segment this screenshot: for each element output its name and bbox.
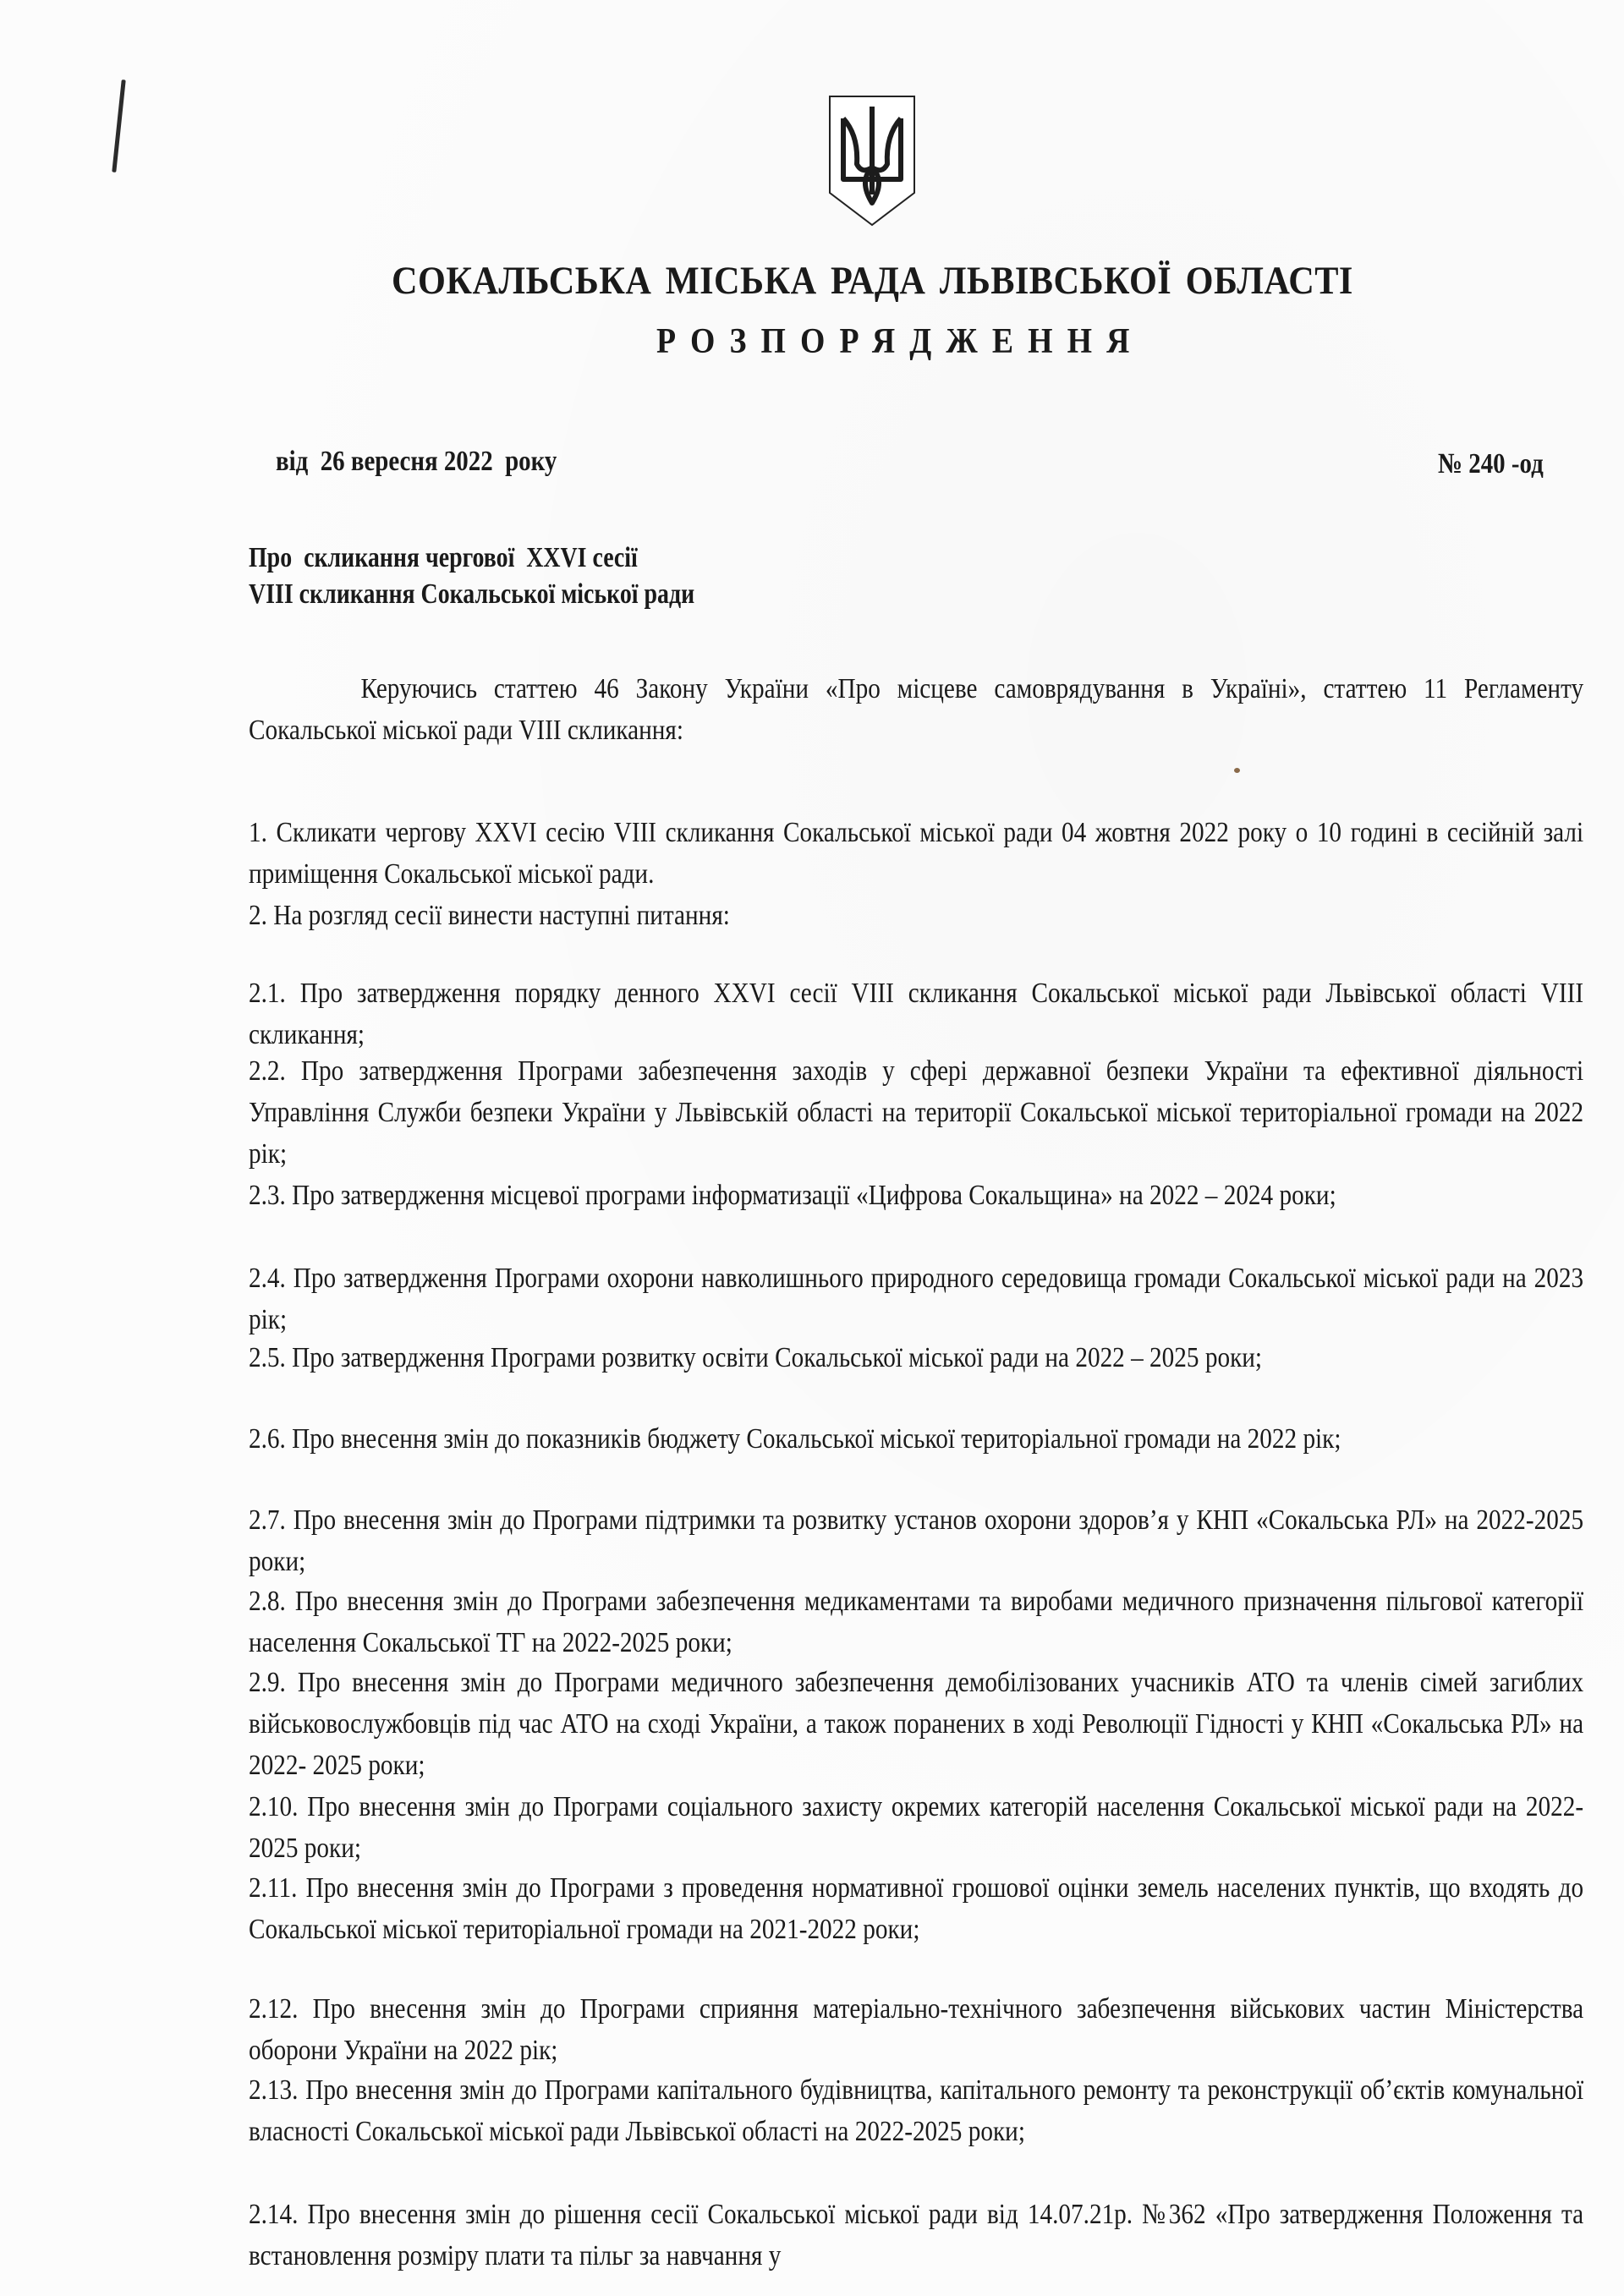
document-type-heading: РОЗПОРЯДЖЕННЯ [656,321,1144,362]
agenda-item: 2.3. Про затвердження місцевої програми … [249,1175,1583,1216]
agenda-item: 2.4. Про затвердження Програми охорони н… [249,1258,1583,1340]
agenda-item-number: 2.6. [249,1423,292,1455]
trident-coat-of-arms-icon [825,93,919,228]
agenda-item-text: Про затвердження порядку денного XXVI се… [249,978,1583,1050]
agenda-item: 2.6. Про внесення змін до показників бюд… [249,1418,1583,1460]
order-item-1: 1. Скликати чергову XXVI сесію VIII скли… [249,812,1583,895]
document-date: від 26 вересня 2022 року [276,446,557,478]
agenda-item-number: 2.11. [249,1872,306,1904]
agenda-item: 2.13. Про внесення змін до Програми капі… [249,2069,1583,2152]
agenda-item-text: Про внесення змін до Програми капітально… [249,2074,1583,2147]
document-number: № 240 -од [1438,448,1544,480]
agenda-item-number: 2.5. [249,1342,292,1373]
organization-title: СОКАЛЬСЬКА МІСЬКА РАДА ЛЬВІВСЬКОЇ ОБЛАСТ… [392,258,1153,304]
agenda-item-text: Про внесення змін до Програми медичного … [249,1667,1583,1781]
agenda-item-text: Про внесення змін до Програми сприяння м… [249,1993,1583,2066]
agenda-item: 2.10. Про внесення змін до Програми соці… [249,1786,1583,1869]
agenda-item: 2.7. Про внесення змін до Програми підтр… [249,1499,1583,1582]
handwritten-margin-mark [112,79,125,173]
agenda-item-text: Про внесення змін до Програми забезпечен… [249,1586,1583,1658]
agenda-item-number: 2.3. [249,1180,292,1211]
agenda-item-number: 2.2. [249,1055,301,1087]
agenda-item-text: Про внесення змін до показників бюджету … [292,1423,1341,1455]
agenda-item-number: 2.9. [249,1667,298,1698]
agenda-item-text: Про внесення змін до Програми соціальног… [249,1791,1583,1864]
agenda-item-number: 2.14. [249,2199,308,2230]
agenda-item-text: Про внесення змін до Програми підтримки … [249,1504,1583,1577]
agenda-item: 2.5. Про затвердження Програми розвитку … [249,1337,1583,1378]
agenda-item: 2.8. Про внесення змін до Програми забез… [249,1581,1583,1663]
agenda-item-text: Про внесення змін до рішення сесії Сокал… [249,2199,1583,2271]
agenda-item-text: Про внесення змін до Програми з проведен… [249,1872,1583,1945]
agenda-item: 2.9. Про внесення змін до Програми медич… [249,1662,1583,1786]
agenda-item-text: Про затвердження Програми забезпечення з… [249,1055,1583,1170]
document-page: СОКАЛЬСЬКА МІСЬКА РАДА ЛЬВІВСЬКОЇ ОБЛАСТ… [0,0,1624,2296]
agenda-item: 2.1. Про затвердження порядку денного XX… [249,973,1583,1055]
document-subject: Про скликання чергової XXVI сесії VIII с… [249,540,694,612]
agenda-item: 2.12. Про внесення змін до Програми спри… [249,1988,1583,2071]
subject-line-2: VIII скликання Сокальської міської ради [249,578,694,610]
order-item-2: 2. На розгляд сесії винести наступні пит… [249,895,1583,936]
preamble: Керуючись статтею 46 Закону України «Про… [249,668,1583,751]
agenda-item-number: 2.12. [249,1993,313,2025]
paper-speck [1234,768,1240,773]
agenda-item-number: 2.13. [249,2074,305,2106]
agenda-item-text: Про затвердження Програми охорони навкол… [249,1263,1583,1335]
agenda-item-number: 2.10. [249,1791,307,1822]
subject-line-1: Про скликання чергової XXVI сесії [249,542,638,573]
agenda-item: 2.2. Про затвердження Програми забезпече… [249,1050,1583,1175]
agenda-item-number: 2.4. [249,1263,294,1294]
agenda-item: 2.11. Про внесення змін до Програми з пр… [249,1867,1583,1950]
agenda-item-text: Про затвердження Програми розвитку освіт… [292,1342,1262,1373]
agenda-item-number: 2.8. [249,1586,295,1617]
agenda-item: 2.14. Про внесення змін до рішення сесії… [249,2194,1583,2277]
agenda-item-text: Про затвердження місцевої програми інфор… [292,1180,1336,1211]
agenda-item-number: 2.1. [249,978,300,1009]
agenda-item-number: 2.7. [249,1504,294,1536]
